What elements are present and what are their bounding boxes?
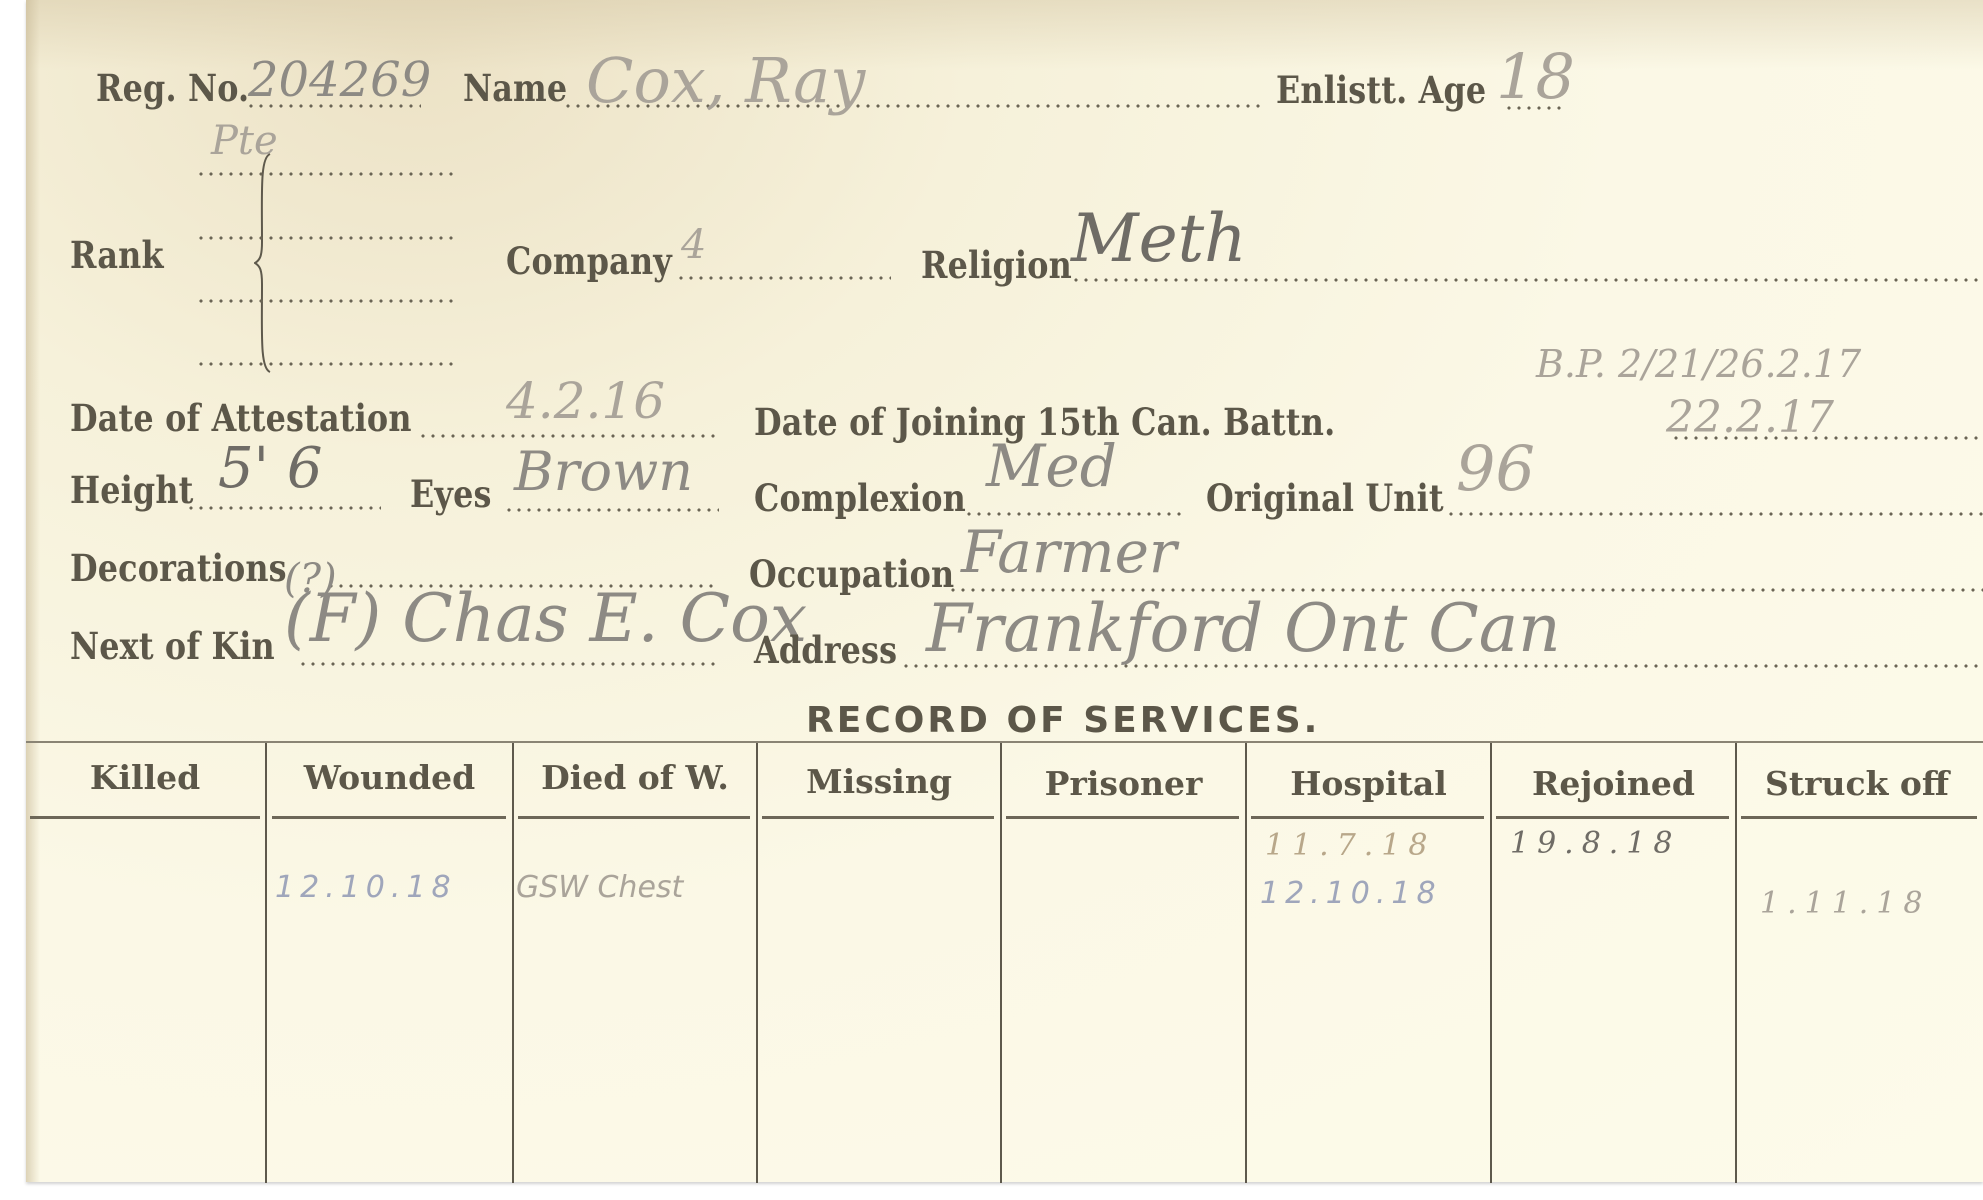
died-of-wounds-note: GSW Chest bbox=[516, 870, 683, 905]
next-of-kin-dotted-line bbox=[298, 662, 718, 666]
header-underline bbox=[30, 816, 260, 819]
header-underline bbox=[1496, 816, 1729, 819]
column-header-hospital: Hospital bbox=[1247, 764, 1490, 803]
original-unit-value: 96 bbox=[1456, 432, 1535, 505]
column-divider bbox=[1490, 743, 1492, 1183]
header-underline bbox=[1251, 816, 1484, 819]
complexion-value: Med bbox=[986, 432, 1117, 500]
reg-no-label: Reg. No. bbox=[96, 66, 249, 110]
rank-dotted-line-1 bbox=[196, 172, 456, 176]
date-of-attestation-label: Date of Attestation bbox=[70, 396, 412, 440]
header-underline bbox=[1006, 816, 1239, 819]
service-record-card: Reg. No. 204269 Name Cox, Ray Enlistt. A… bbox=[26, 0, 1983, 1182]
struck-off-date: 1.11.18 bbox=[1760, 886, 1931, 921]
header-underline bbox=[1741, 816, 1977, 819]
column-header-missing: Missing bbox=[758, 762, 1000, 801]
hospital-date-2: 12.10.18 bbox=[1260, 876, 1442, 911]
header-underline bbox=[762, 816, 994, 819]
complexion-dotted-line bbox=[964, 512, 1186, 516]
column-header-prisoner: Prisoner bbox=[1002, 764, 1245, 803]
height-value: 5' 6 bbox=[218, 436, 322, 501]
eyes-value: Brown bbox=[514, 440, 693, 503]
reg-no-value: 204269 bbox=[248, 52, 431, 108]
complexion-label: Complexion bbox=[754, 476, 966, 520]
column-header-rejoined: Rejoined bbox=[1492, 764, 1735, 803]
date-of-joining-annotation: B.P. 2/21/26.2.17 bbox=[1536, 342, 1861, 386]
rank-label: Rank bbox=[70, 233, 164, 277]
hospital-date-1: 11.7.18 bbox=[1265, 828, 1436, 863]
original-unit-label: Original Unit bbox=[1206, 476, 1444, 520]
eyes-dotted-line bbox=[504, 508, 719, 512]
next-of-kin-value: (F) Chas E. Cox bbox=[284, 580, 807, 657]
religion-value: Meth bbox=[1071, 200, 1247, 277]
column-header-wounded: Wounded bbox=[267, 758, 512, 797]
rank-value: Pte bbox=[211, 118, 278, 164]
religion-label: Religion bbox=[921, 243, 1072, 287]
wounded-date: 12.10.18 bbox=[275, 870, 457, 905]
next-of-kin-label: Next of Kin bbox=[70, 624, 275, 668]
column-header-died-of-wounds: Died of W. bbox=[514, 758, 756, 797]
date-of-attestation-dotted-line bbox=[418, 434, 718, 438]
column-divider bbox=[1735, 743, 1737, 1183]
address-label: Address bbox=[754, 628, 897, 672]
religion-dotted-line bbox=[1071, 278, 1983, 282]
rank-dotted-line-3 bbox=[196, 299, 456, 303]
eyes-label: Eyes bbox=[410, 472, 492, 516]
height-label: Height bbox=[70, 468, 194, 512]
column-divider bbox=[756, 743, 758, 1183]
height-dotted-line bbox=[186, 506, 381, 510]
enlist-age-value: 18 bbox=[1496, 40, 1575, 113]
header-underline bbox=[272, 816, 506, 819]
company-value: 4 bbox=[681, 222, 706, 268]
date-of-joining-value: 22.2.17 bbox=[1666, 392, 1834, 443]
rank-dotted-line-2 bbox=[196, 236, 456, 240]
name-label: Name bbox=[463, 66, 567, 110]
record-of-services-title: RECORD OF SERVICES. bbox=[806, 700, 1320, 741]
column-divider bbox=[1245, 743, 1247, 1183]
rank-dotted-line-4 bbox=[196, 362, 456, 366]
column-header-struck-off: Struck off bbox=[1737, 764, 1977, 803]
table-top-rule bbox=[26, 741, 1983, 743]
address-value: Frankford Ont Can bbox=[926, 590, 1561, 667]
decorations-label: Decorations bbox=[70, 546, 287, 590]
original-unit-dotted-line bbox=[1446, 512, 1983, 516]
rejoined-date: 19.8.18 bbox=[1510, 826, 1681, 861]
enlist-age-label: Enlistt. Age bbox=[1276, 68, 1486, 112]
company-dotted-line bbox=[676, 276, 891, 280]
rank-brace-icon bbox=[254, 152, 272, 374]
name-value: Cox, Ray bbox=[586, 44, 865, 117]
column-header-killed: Killed bbox=[30, 758, 260, 797]
header-underline bbox=[518, 816, 750, 819]
date-of-attestation-value: 4.2.16 bbox=[506, 372, 665, 430]
column-divider bbox=[265, 743, 267, 1183]
column-divider bbox=[1000, 743, 1002, 1183]
company-label: Company bbox=[506, 239, 672, 283]
column-divider bbox=[512, 743, 514, 1183]
occupation-value: Farmer bbox=[961, 518, 1177, 586]
